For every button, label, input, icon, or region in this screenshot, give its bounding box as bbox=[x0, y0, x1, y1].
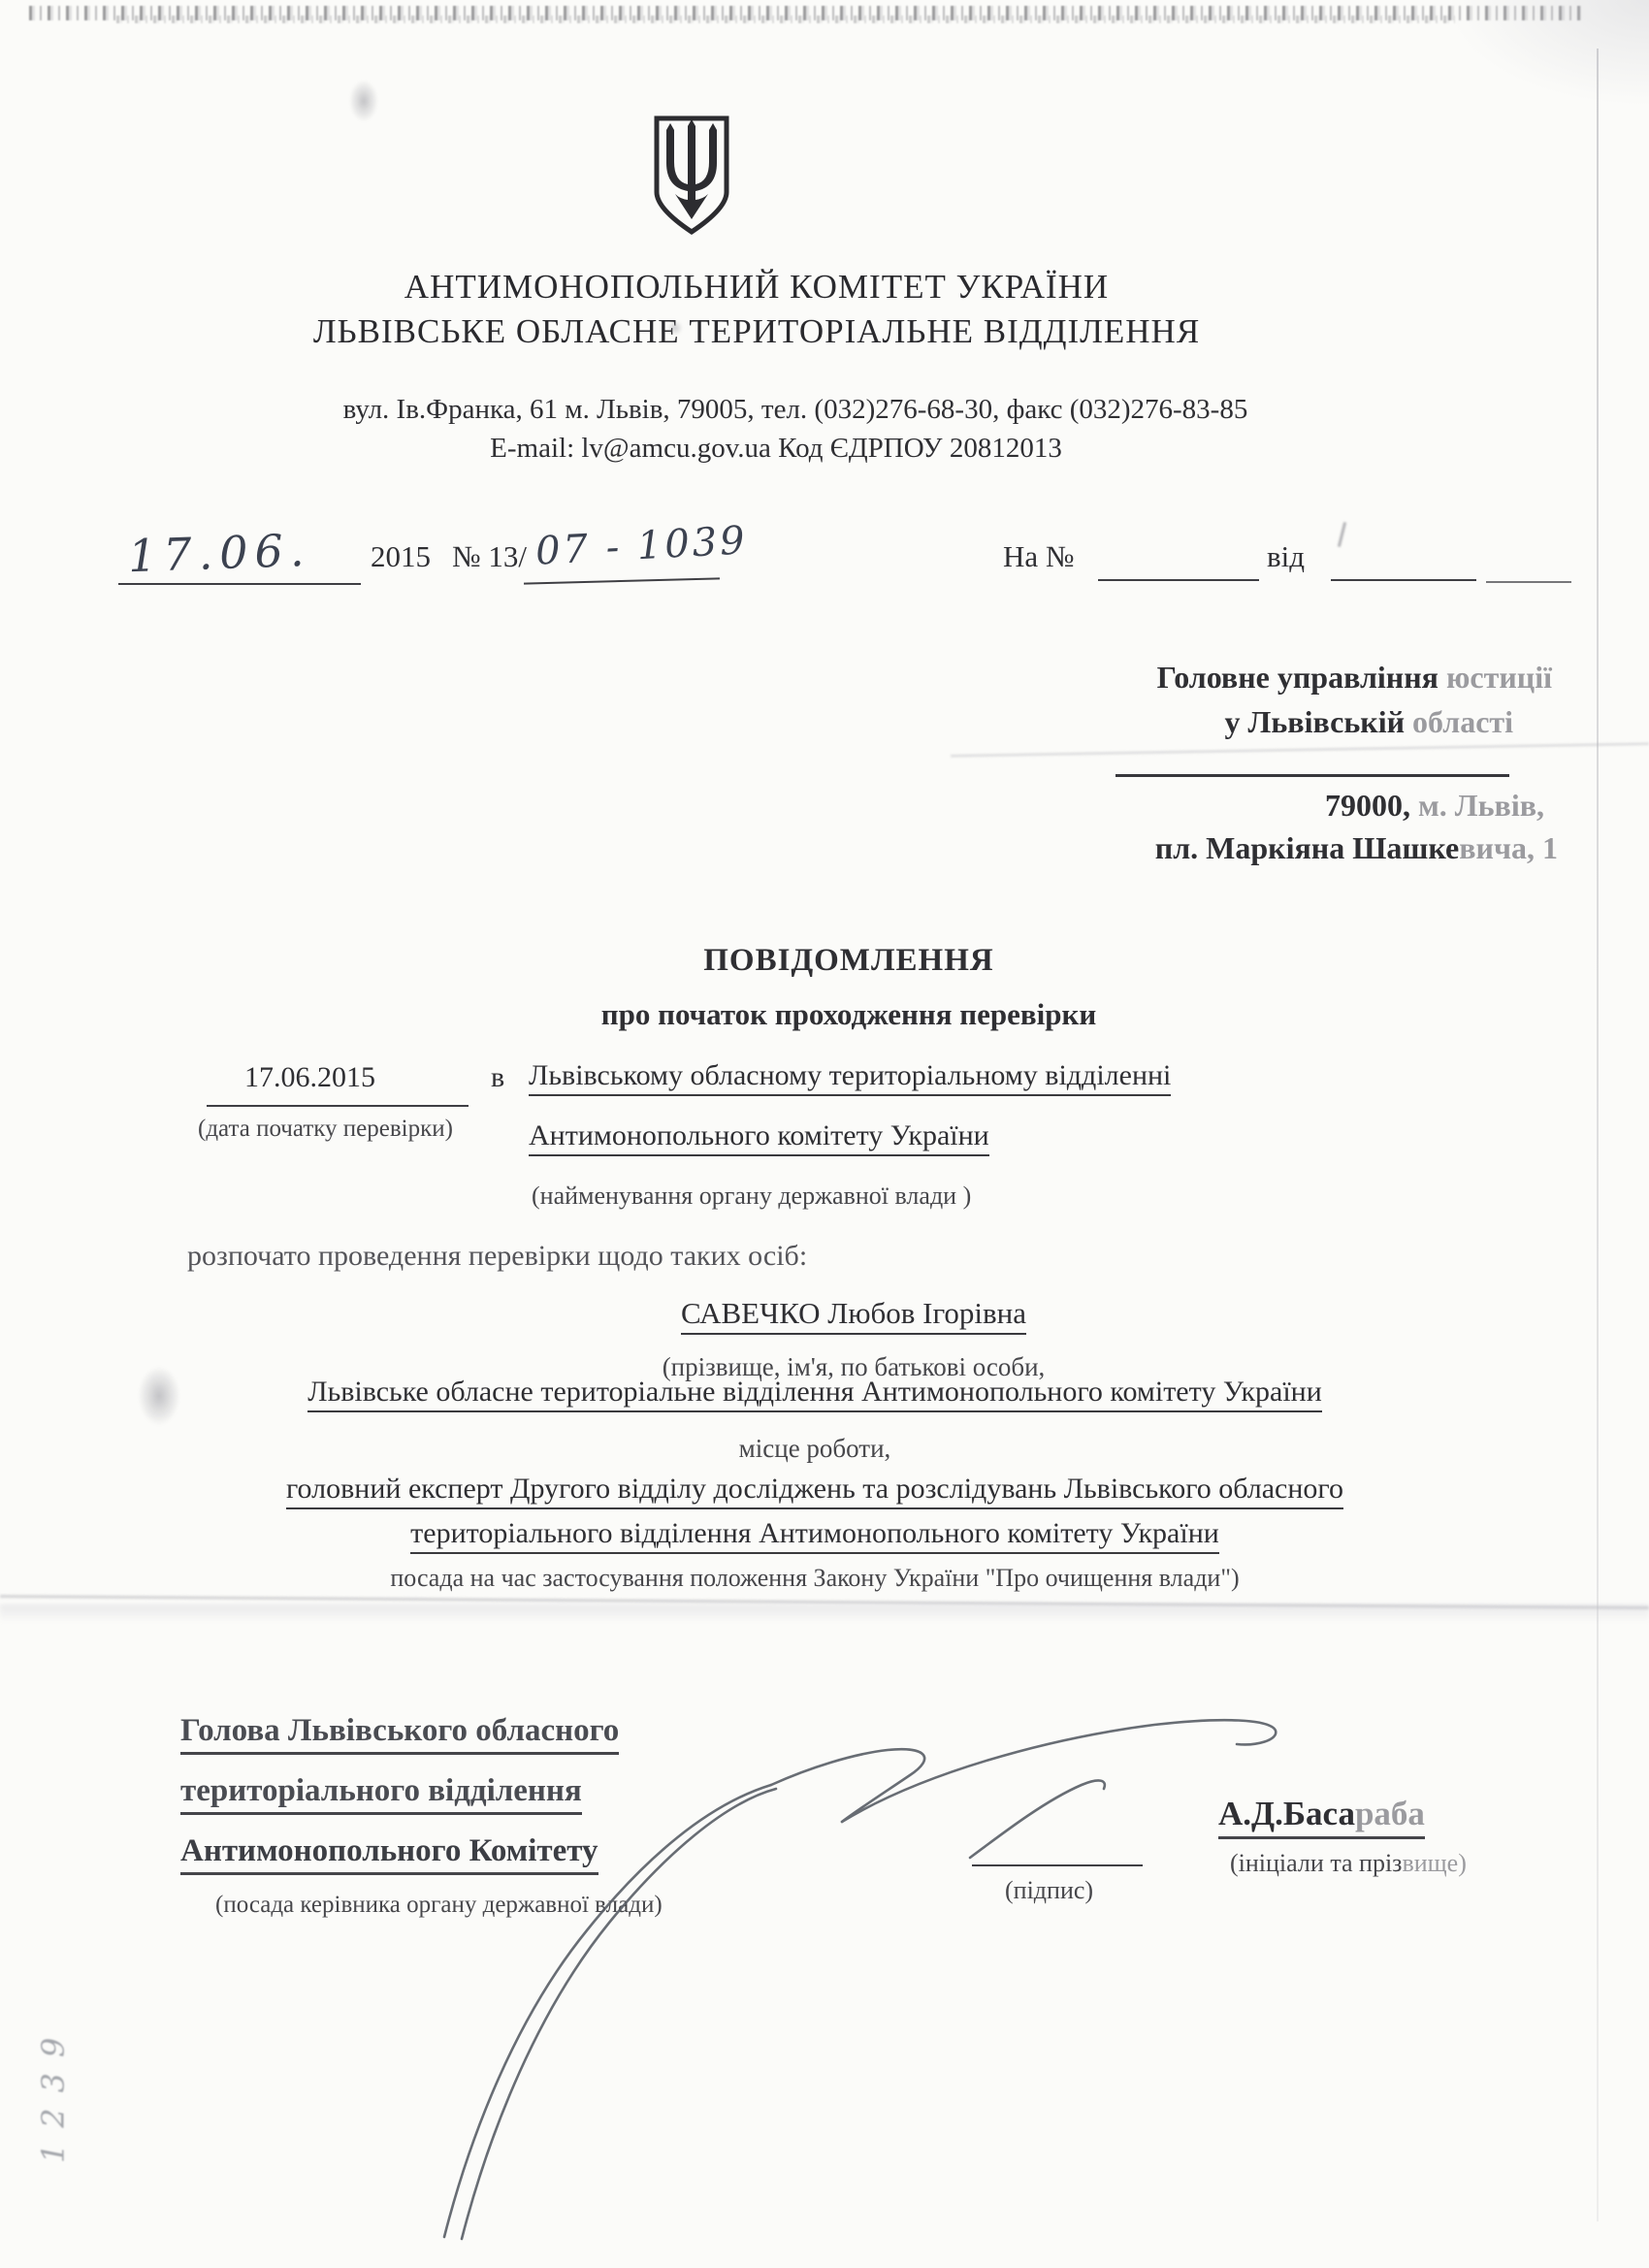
addressee-divider-line bbox=[1115, 774, 1509, 777]
position-line1-text: головний експерт Другого відділу дослідж… bbox=[286, 1473, 1343, 1509]
scan-edge-line bbox=[1597, 49, 1599, 2221]
addressee-line4-main: пл. Маркіяна Шашке bbox=[1155, 830, 1459, 865]
org-field-line1: Львівському обласному територіальному ві… bbox=[529, 1059, 1171, 1092]
org-name-line1: АНТИМОНОПОЛЬНИЙ КОМІТЕТ УКРАЇНИ bbox=[0, 268, 1513, 307]
check-date-caption: (дата початку перевірки) bbox=[198, 1116, 453, 1143]
paper-fold-shadow bbox=[0, 1604, 1649, 1622]
org-address-line: вул. Ів.Франка, 61 м. Львів, 79005, тел.… bbox=[0, 394, 1591, 426]
addressee-line3-main: 79000, bbox=[1325, 788, 1410, 823]
scan-noise-band-2 bbox=[116, 16, 1455, 23]
outgoing-date-handwritten: 17.06. bbox=[127, 524, 311, 583]
org-email-line: E-mail: lv@amcu.gov.ua Код ЄДРПОУ 208120… bbox=[0, 433, 1552, 465]
signer-name-caption-faded: вище) bbox=[1402, 1849, 1466, 1877]
reply-date-blank bbox=[1331, 579, 1476, 581]
addressee-line4-faded: вича, 1 bbox=[1459, 830, 1558, 865]
person-name-field: САВЕЧКО Любов Ігорівна bbox=[388, 1296, 1319, 1331]
check-date-underline bbox=[207, 1105, 469, 1107]
addressee-line3: 79000, м. Львів, bbox=[873, 788, 1544, 824]
workplace-text: Львівське обласне територіальне відділен… bbox=[307, 1376, 1322, 1412]
org-field-line2-text: Антимонопольного комітету України bbox=[529, 1119, 989, 1156]
position-line2-text: територіального відділення Антимонопольн… bbox=[410, 1517, 1219, 1554]
addressee-line3-faded: м. Львів, bbox=[1410, 788, 1544, 823]
intro-sentence: розпочато проведення перевірки щодо таки… bbox=[187, 1240, 807, 1273]
position-field-line2: територіального відділення Антимонопольн… bbox=[107, 1517, 1523, 1550]
addressee-line2: у Львівській області bbox=[873, 704, 1513, 740]
addressee-line2-faded: області bbox=[1405, 704, 1513, 739]
outgoing-number-underline bbox=[524, 577, 720, 584]
scanned-letter-page: АНТИМОНОПОЛЬНИЙ КОМІТЕТ УКРАЇНИ ЛЬВІВСЬК… bbox=[0, 0, 1649, 2268]
org-field-line1-text: Львівському обласному територіальному ві… bbox=[529, 1059, 1171, 1096]
scan-speck bbox=[667, 320, 683, 336]
workplace-caption: місце роботи, bbox=[145, 1434, 1484, 1464]
reply-number-blank bbox=[1098, 579, 1259, 581]
document-subtitle: про початок проходження перевірки bbox=[267, 997, 1431, 1032]
person-name-text: САВЕЧКО Любов Ігорівна bbox=[681, 1296, 1026, 1335]
addressee-line1: Головне управління юстиції bbox=[873, 660, 1552, 696]
addressee-line1-main: Головне управління bbox=[1157, 660, 1439, 695]
paper-crease-top bbox=[951, 743, 1649, 758]
scan-smudge-top bbox=[349, 80, 378, 122]
document-title: ПОВІДОМЛЕННЯ bbox=[267, 943, 1431, 979]
reply-date-blank-2 bbox=[1486, 581, 1571, 583]
outgoing-number-prefix: № 13/ bbox=[452, 539, 527, 574]
addressee-line1-faded: юстиції bbox=[1439, 660, 1552, 695]
handwritten-signature bbox=[369, 1649, 1309, 2251]
ukraine-trident-emblem bbox=[648, 113, 735, 239]
org-name-line2: ЛЬВІВСЬКЕ ОБЛАСНЕ ТЕРИТОРІАЛЬНЕ ВІДДІЛЕН… bbox=[0, 312, 1513, 351]
outgoing-number-handwritten: 07 - 1039 bbox=[534, 518, 749, 573]
preposition-v: в bbox=[491, 1061, 504, 1094]
corner-shade bbox=[1445, 0, 1649, 107]
outgoing-year: 2015 bbox=[371, 539, 431, 574]
stray-pen-mark bbox=[1338, 522, 1346, 547]
addressee-line2-main: у Львівській bbox=[1225, 704, 1406, 739]
reply-date-label: від bbox=[1267, 539, 1305, 574]
margin-stamp-marking: 1239 bbox=[35, 2023, 72, 2163]
reply-number-label: На № bbox=[1003, 539, 1074, 574]
signer-name-faded: раба bbox=[1355, 1795, 1425, 1832]
addressee-line4: пл. Маркіяна Шашкевича, 1 bbox=[873, 830, 1558, 866]
org-field-line2: Антимонопольного комітету України bbox=[529, 1119, 989, 1152]
outgoing-date-underline bbox=[118, 583, 361, 585]
position-caption: посада на час застосування положення Зак… bbox=[107, 1564, 1523, 1593]
org-field-caption: (найменування органу державної влади ) bbox=[532, 1182, 971, 1211]
check-date-value: 17.06.2015 bbox=[244, 1061, 375, 1094]
workplace-field: Львівське обласне територіальне відділен… bbox=[145, 1376, 1484, 1409]
position-field-line1: головний експерт Другого відділу дослідж… bbox=[107, 1473, 1523, 1506]
